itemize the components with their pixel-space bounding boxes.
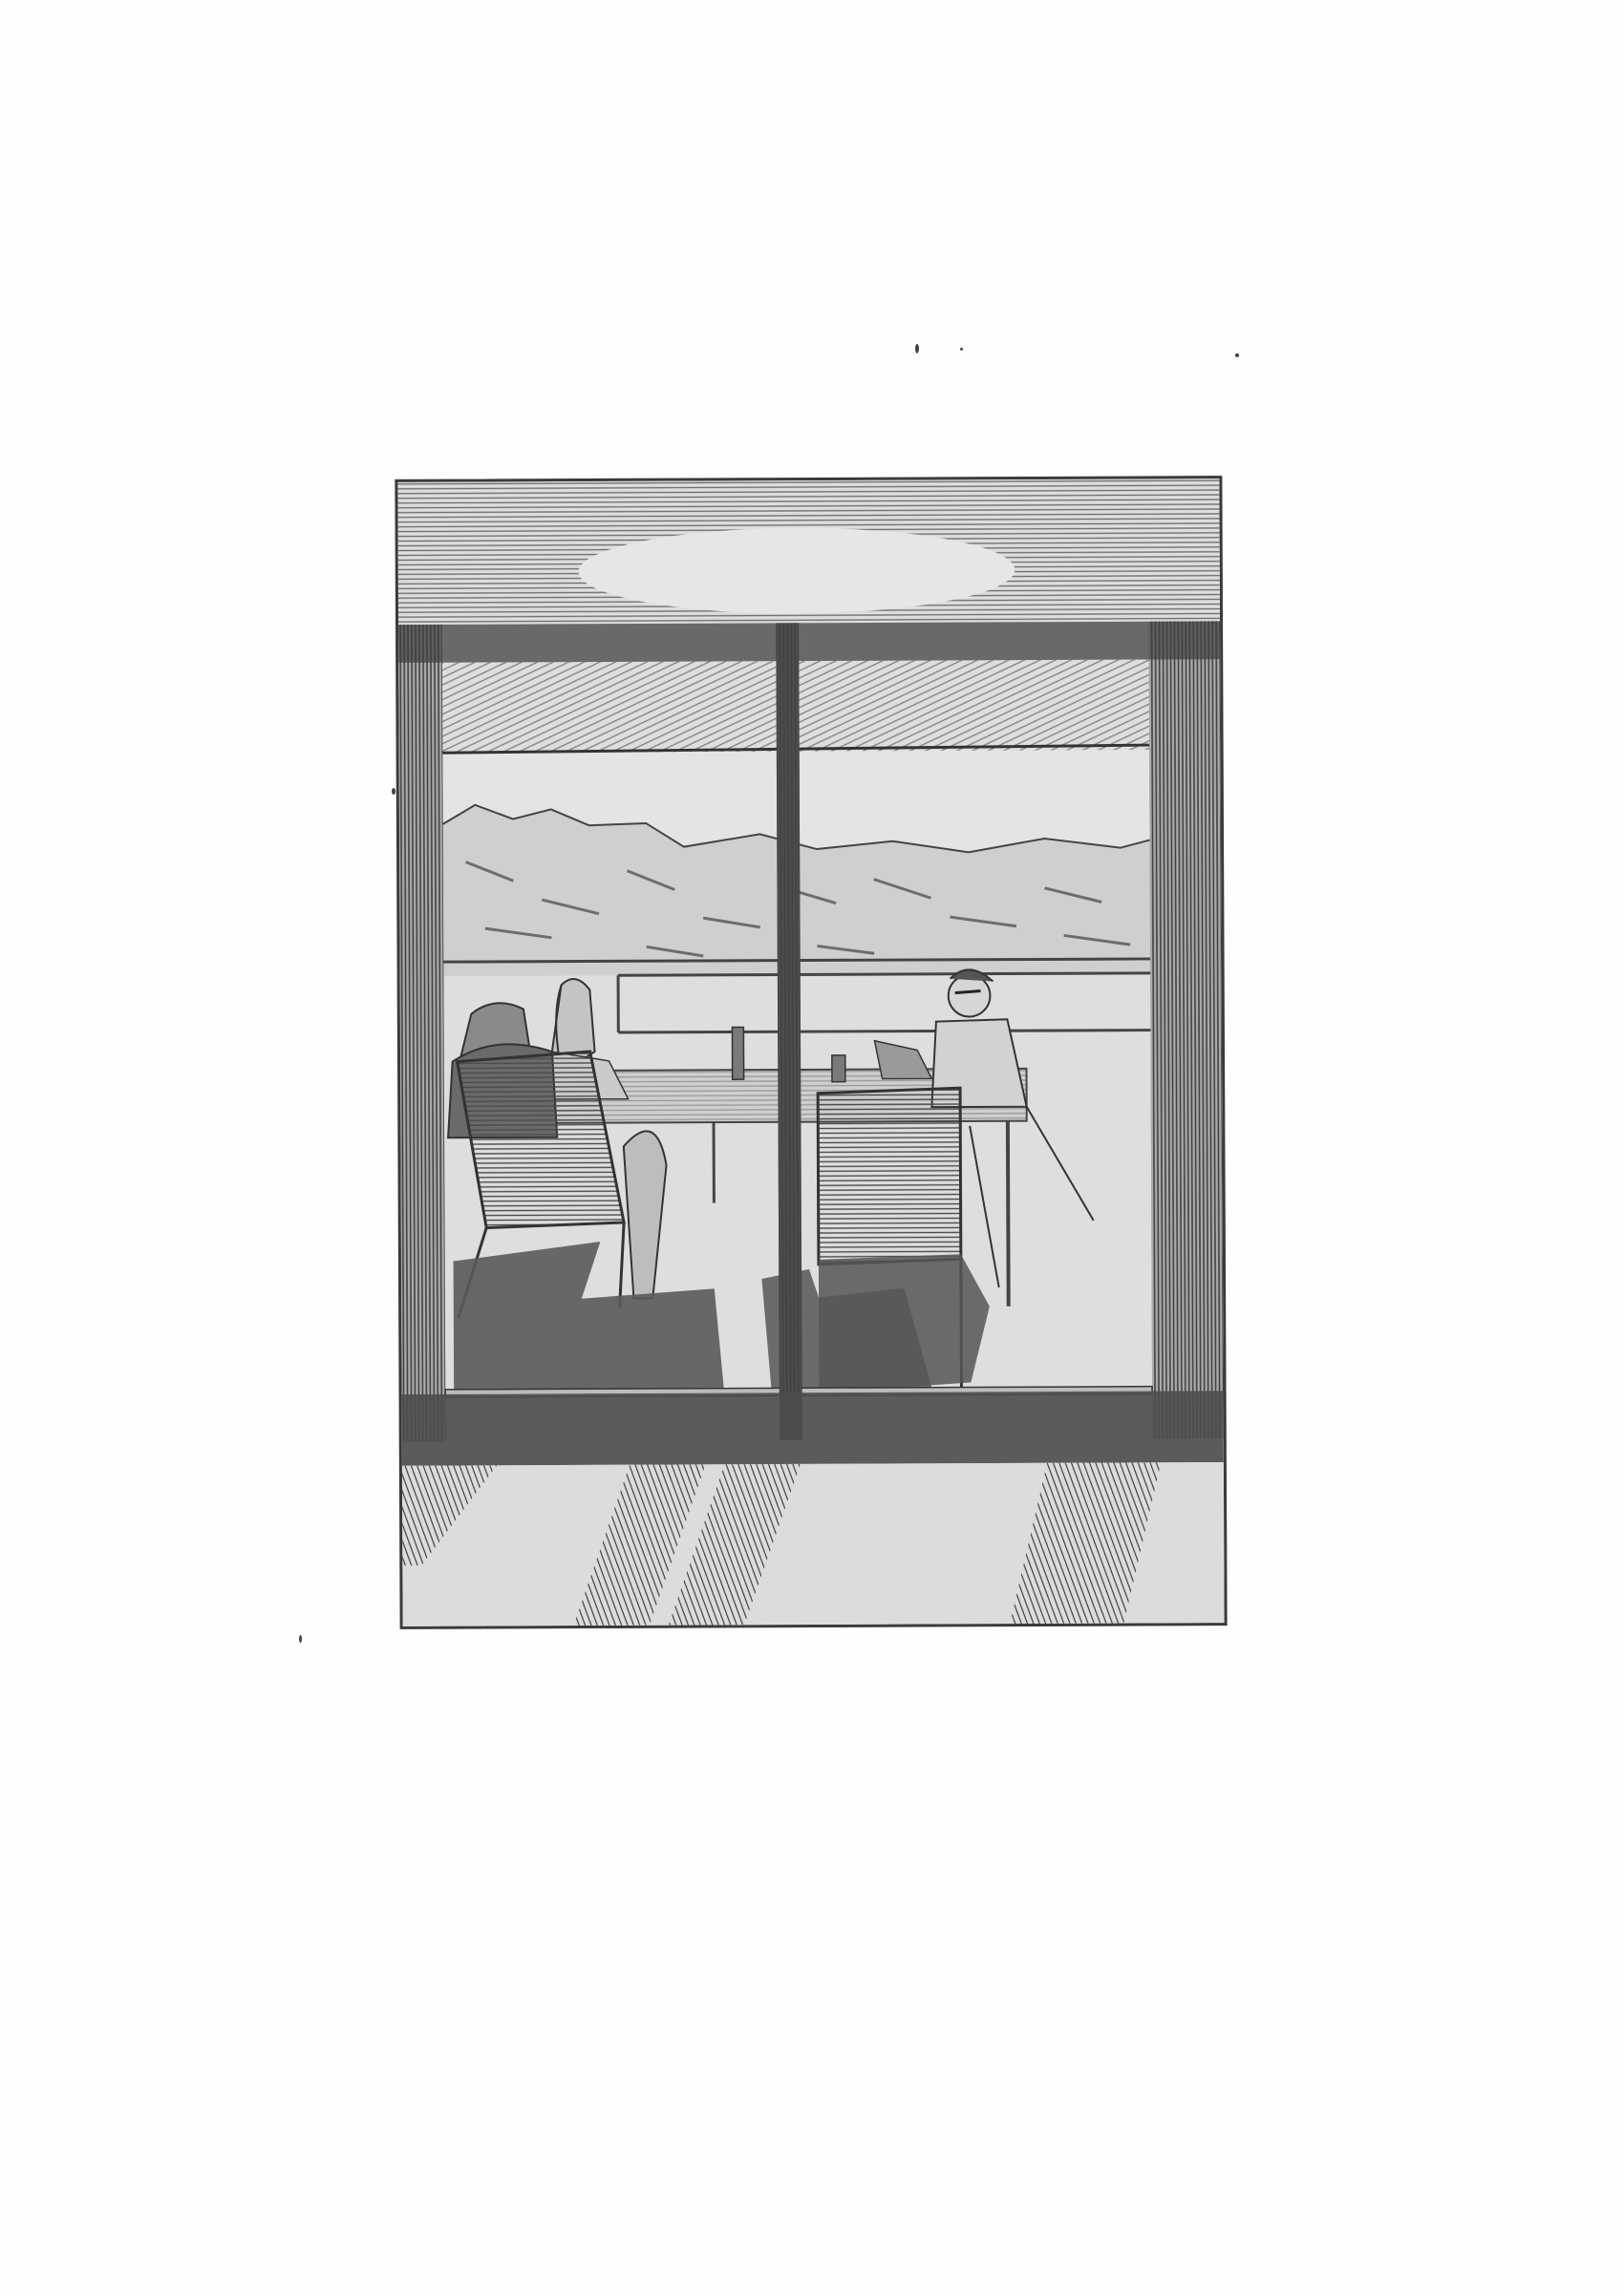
paper-sheet: View through a sliding glass door onto a… [0, 0, 1624, 2296]
ink-speck [1235, 353, 1239, 357]
ink-speck [299, 1635, 302, 1643]
ink-speck [960, 348, 963, 351]
floorboards [402, 1462, 1225, 1626]
ink-speck [915, 344, 919, 353]
window-mullion [776, 623, 802, 1440]
sky-hatching [397, 478, 1220, 663]
ink-speck [392, 788, 395, 795]
etching-image [397, 478, 1224, 1626]
door-sill [402, 1391, 1224, 1465]
artwork-subject: View through a sliding glass door onto a… [0, 0, 1, 1]
etching-plate [395, 476, 1227, 1629]
